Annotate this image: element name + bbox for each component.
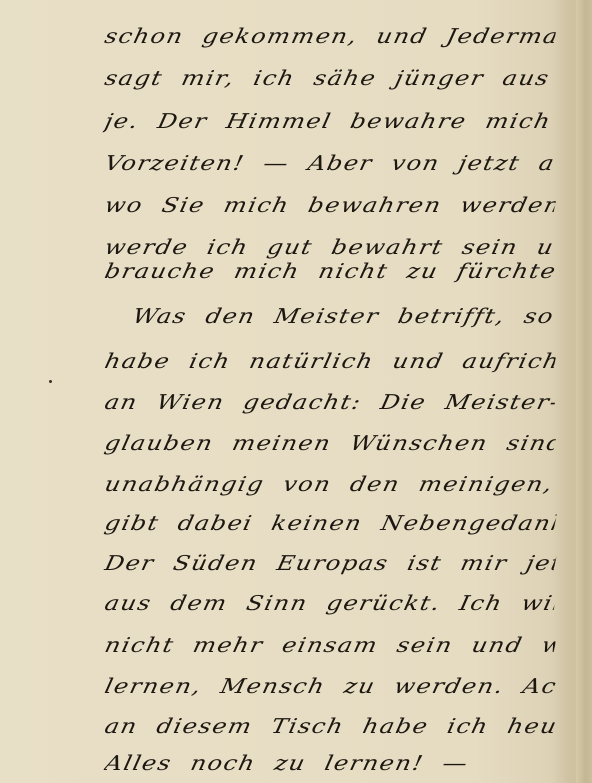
- handwritten-line: nicht mehr einsam sein und wieder: [100, 633, 558, 669]
- handwritten-line: unabhängig von den meinigen, es: [100, 472, 558, 508]
- handwritten-line: Vorzeiten! — Aber von jetzt ab,: [100, 151, 558, 187]
- handwritten-line: an diesem Tisch habe ich heute: [100, 714, 558, 750]
- handwritten-line: wo Sie mich bewahren werden,: [100, 193, 558, 229]
- handwritten-line: an Wien gedacht: Die Meister-: [100, 390, 558, 426]
- handwritten-line: schon gekommen, und Jedermann: [100, 24, 558, 60]
- handwritten-line: aus dem Sinn gerückt. Ich will: [100, 591, 558, 627]
- handwritten-line: habe ich natürlich und aufrichtig: [100, 349, 558, 385]
- handwritten-line: gibt dabei keinen Nebengedanken.: [100, 511, 558, 547]
- margin-speck: [49, 380, 52, 383]
- handwritten-line: lernen, Mensch zu werden. Ach: [100, 674, 558, 710]
- handwritten-line: Der Süden Europas ist mir jetzt: [100, 551, 558, 587]
- handwritten-line: Alles noch zu lernen! —: [100, 751, 558, 783]
- handwritten-line: je. Der Himmel bewahre mich vor: [100, 109, 558, 145]
- line-text: wo Sie mich bewahren werden,: [103, 193, 558, 217]
- letter-page: schon gekommen, und Jedermann sagt mir, …: [0, 0, 592, 783]
- handwritten-line: glauben meinen Wünschen sind ganz: [100, 431, 558, 467]
- handwritten-line: brauche mich nicht zu fürchten. —: [100, 259, 558, 295]
- handwritten-line: sagt mir, ich sähe jünger aus als: [100, 66, 558, 102]
- handwritten-line: Was den Meister betrifft, so: [128, 304, 586, 340]
- book-spine-shadow: [576, 0, 592, 783]
